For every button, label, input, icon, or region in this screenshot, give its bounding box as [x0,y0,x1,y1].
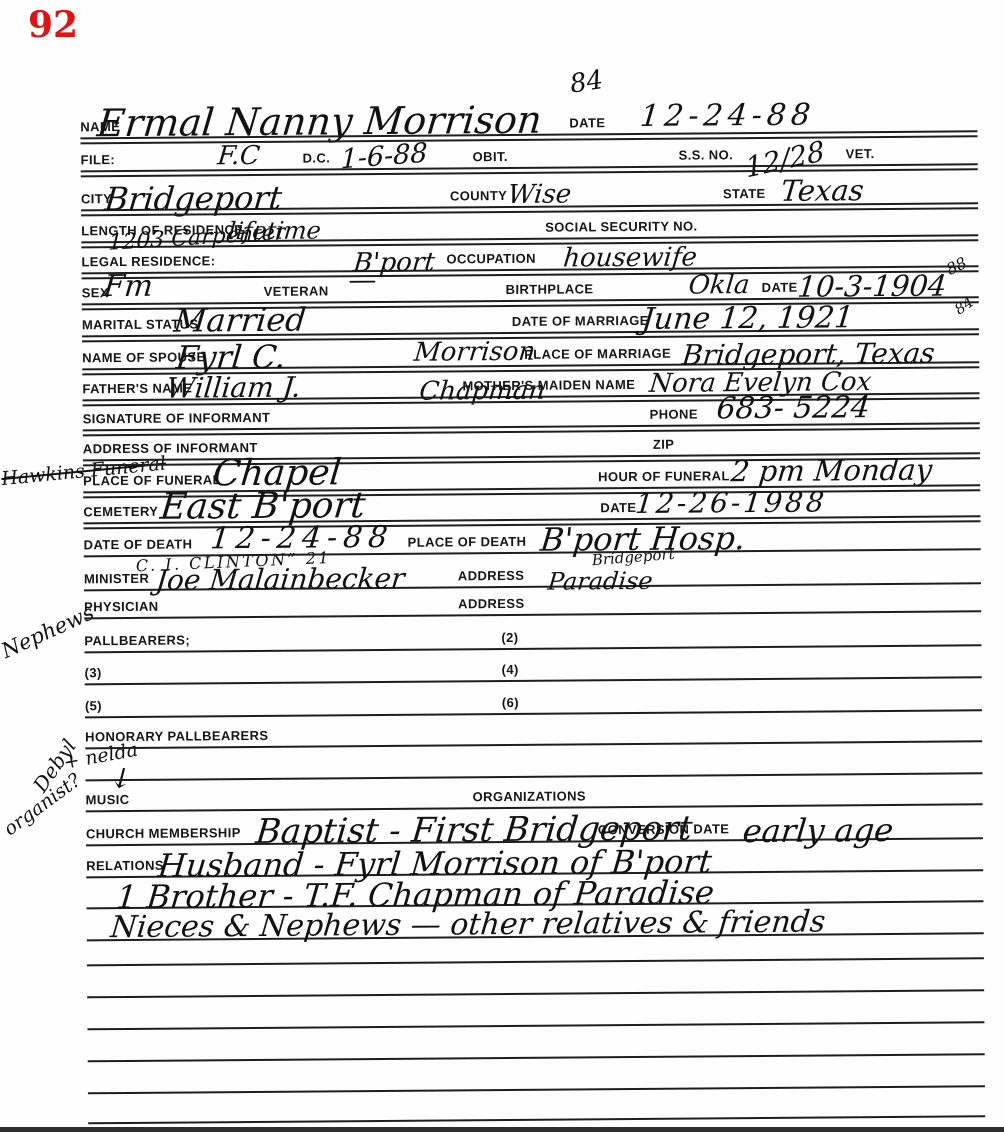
social-security-no-label: SOCIAL SECURITY NO. [545,218,697,234]
place-of-death-label: PLACE OF DEATH [408,534,527,550]
file-value: F.C [216,143,261,169]
pallbearers-label: PALLBEARERS; [84,632,190,648]
county-label: COUNTY [450,188,507,203]
honorary-pallbearers-label: HONORARY PALLBEARERS [85,728,268,744]
scan-edge-bar [0,1127,1004,1132]
birthplace-label: BIRTHPLACE [506,281,594,297]
cemetery-label: CEMETERY [83,504,158,520]
date-label: DATE [569,115,605,130]
birth-date-label: DATE [762,280,798,295]
obit-label: OBIT. [473,149,508,164]
funeral-date-label: DATE [600,500,636,515]
church-membership-label: CHURCH MEMBERSHIP [86,825,241,841]
date-value: 12-24-88 [639,101,817,132]
ss-no-label: S.S. NO. [679,147,734,162]
marital-status-value: Married [172,304,307,337]
conversion-date-label: CONVERSION DATE [598,821,730,837]
pallbearer-2-label: (2) [501,630,518,645]
date-of-death-value: 12-24-88 [209,523,395,554]
pallbearer-4-label: (4) [502,662,519,677]
veteran-label: VETERAN [264,283,329,299]
organizations-label: ORGANIZATIONS [473,788,586,804]
sex-value: Fm [102,272,154,302]
dc-date-value: 1-6-88 [340,140,427,174]
funeral-date-value: 12-26-1988 [634,488,828,518]
relations-label: RELATIONS [86,858,164,874]
pallbearer-3-label: (3) [85,665,102,680]
top-84-note: 84 [568,67,605,98]
vet-label: VET. [846,146,875,161]
birthplace-value: Okla [687,272,750,298]
state-label: STATE [723,186,766,201]
scanned-funeral-record: 92 84 88 84 Hawkins Funeral C. I. CLINTO… [0,0,1004,1132]
physician-label: PHYSICIAN [84,599,159,615]
nephews-margin-note: Nephews [0,602,97,662]
blank-line [88,1081,985,1124]
physician-address-label: ADDRESS [458,596,524,612]
hour-of-funeral-label: HOUR OF FUNERAL [598,468,730,484]
pallbearer-6-label: (6) [502,695,519,710]
date-of-marriage-label: DATE OF MARRIAGE [512,313,649,329]
legal-residence-label: LEGAL RESIDENCE: [81,253,215,269]
zip-label: ZIP [653,437,675,452]
place-of-marriage-label: PLACE OF MARRIAGE [524,346,671,362]
occupation-label: OCCUPATION [446,251,536,267]
form-sheet: 84 88 84 Hawkins Funeral C. I. CLINTON” … [0,0,1004,1132]
row-file: FILE: F.C D.C. 1-6-88 OBIT. S.S. NO. 12/… [80,129,977,172]
dc-label: D.C. [303,150,331,165]
music-label: MUSIC [86,792,130,807]
file-label: FILE: [81,152,116,167]
date-of-death-label: DATE OF DEATH [84,536,193,552]
pallbearer-5-label: (5) [85,698,102,713]
veteran-value: — [347,266,378,294]
